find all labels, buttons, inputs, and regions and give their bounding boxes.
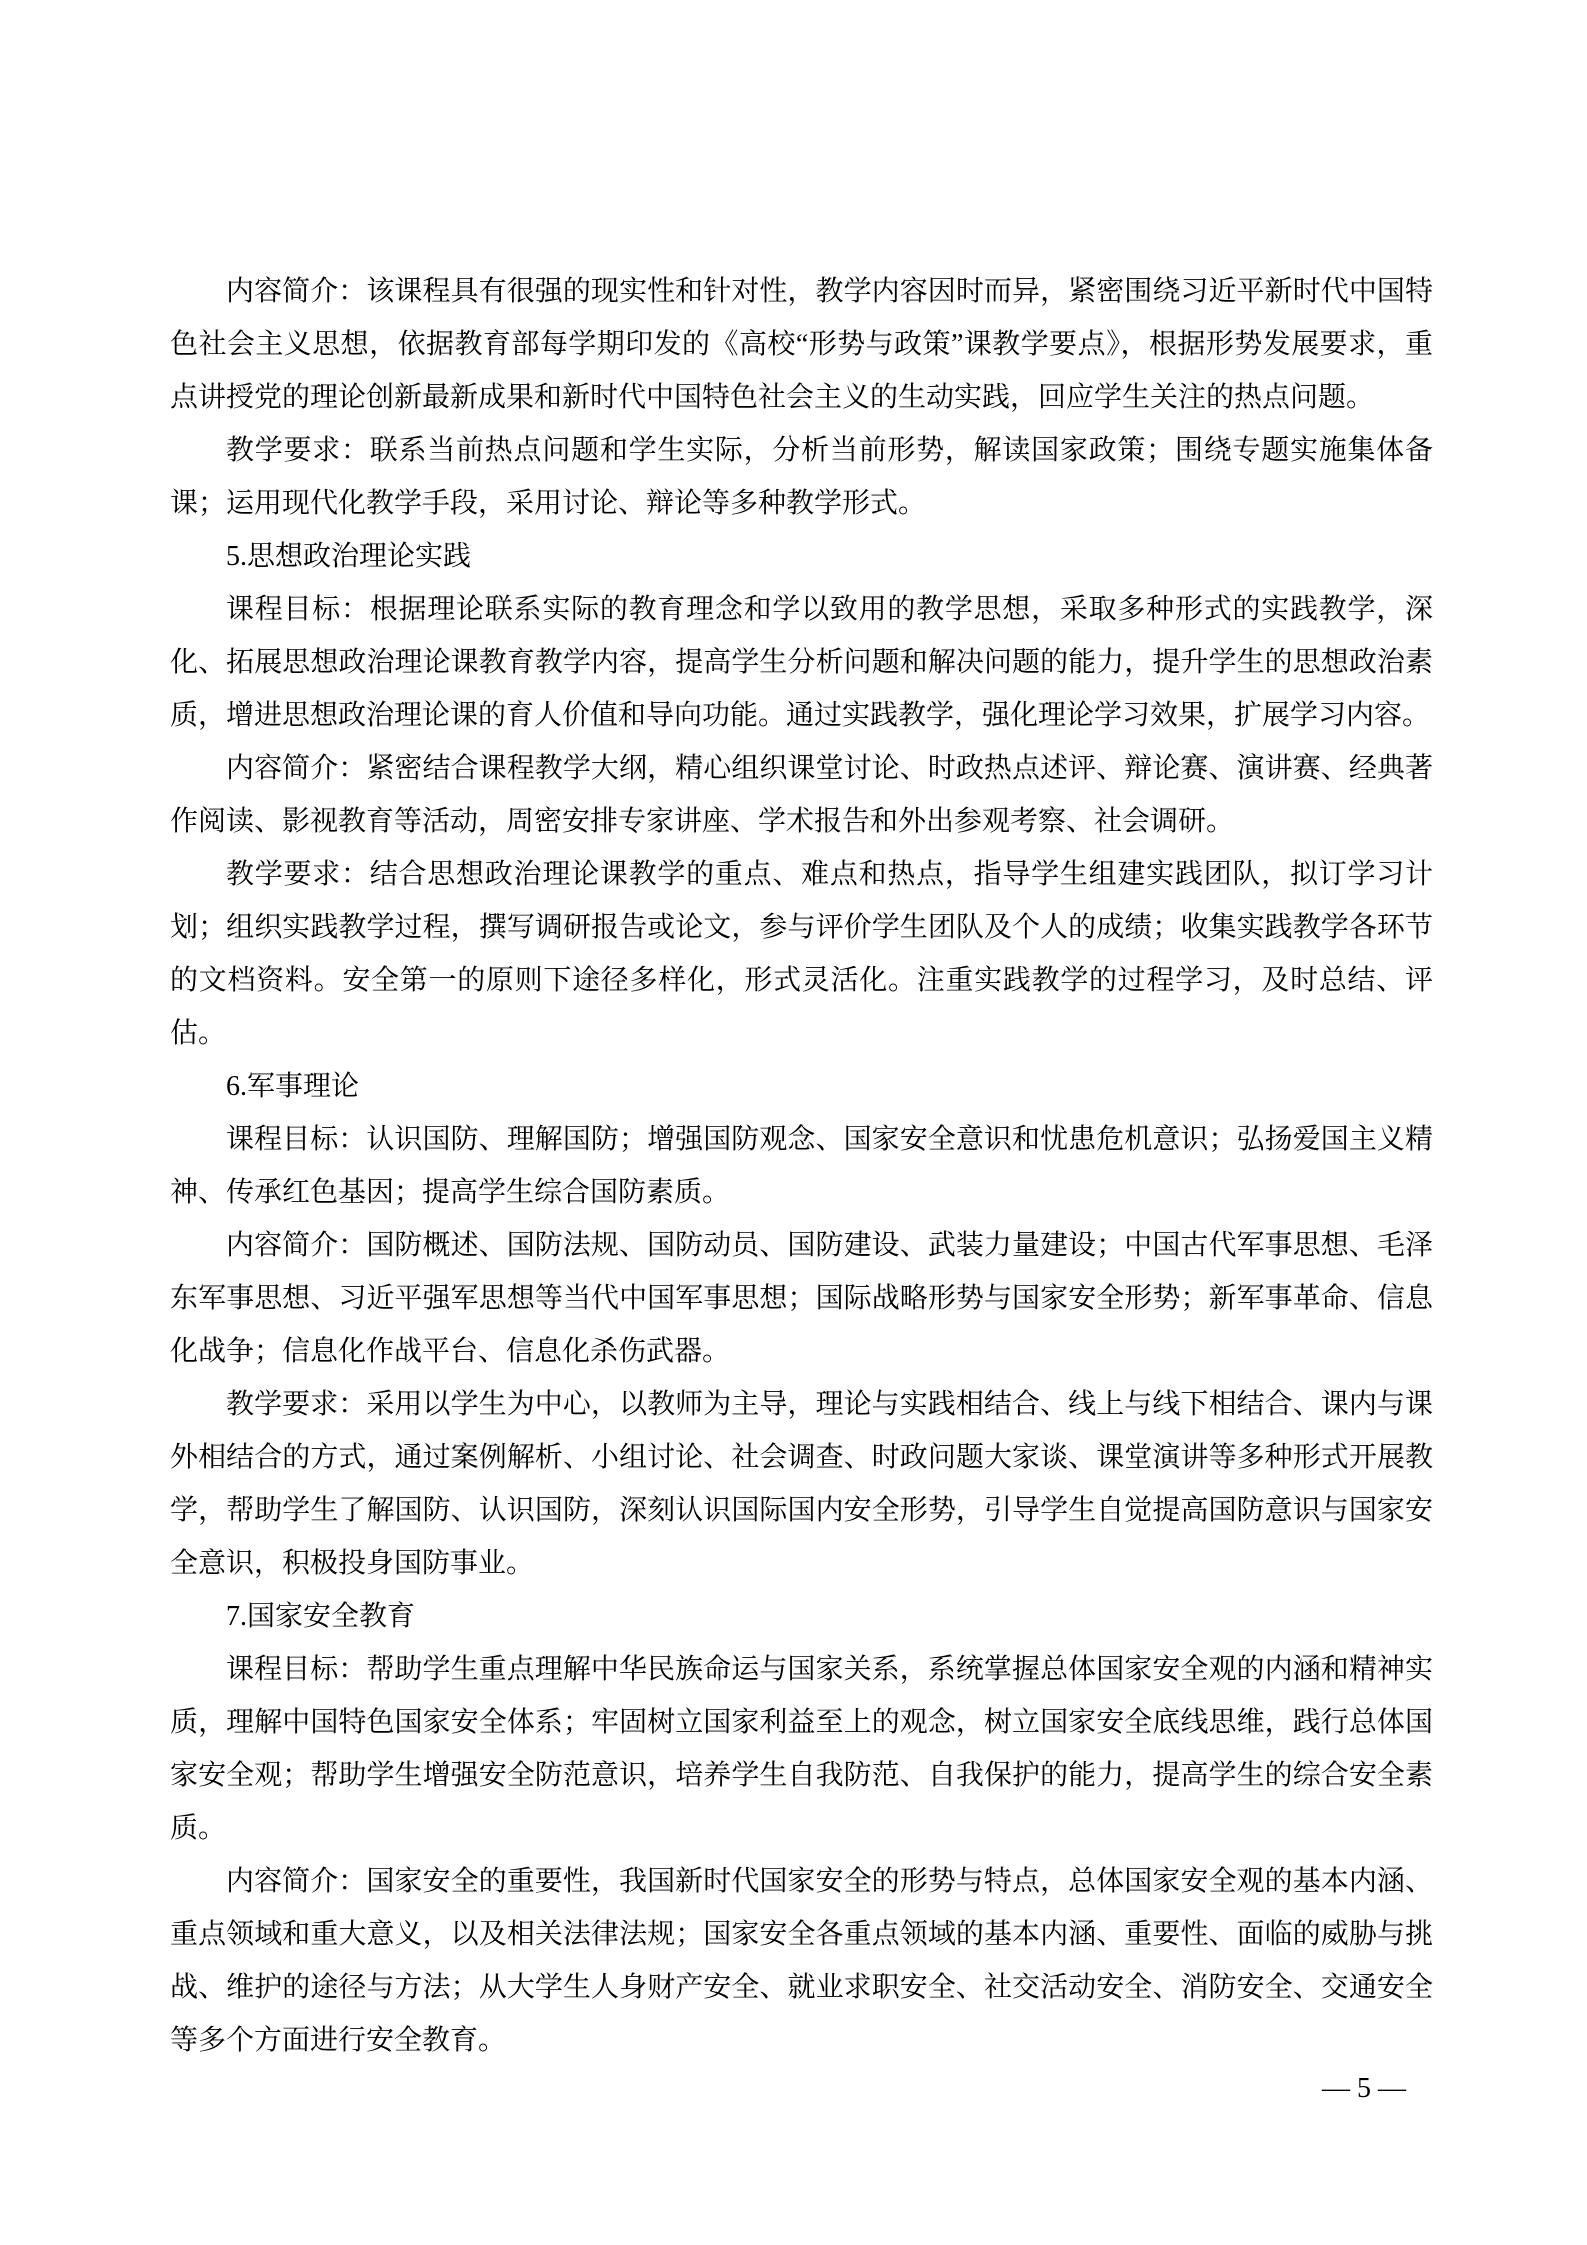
page-number: — 5 — <box>1322 2073 1406 2104</box>
paragraph: 内容简介：紧密结合课程教学大纲，精心组织课堂讨论、时政热点述评、辩论赛、演讲赛、… <box>170 742 1433 848</box>
document-page: 内容简介：该课程具有很强的现实性和针对性，教学内容因时而异，紧密围绕习近平新时代… <box>0 0 1587 2245</box>
section-heading: 5.思想政治理论实践 <box>170 530 1433 583</box>
paragraph: 教学要求：联系当前热点问题和学生实际，分析当前形势，解读国家政策；围绕专题实施集… <box>170 424 1433 530</box>
paragraph: 课程目标：根据理论联系实际的教育理念和学以致用的教学思想，采取多种形式的实践教学… <box>170 583 1433 742</box>
paragraph: 内容简介：该课程具有很强的现实性和针对性，教学内容因时而异，紧密围绕习近平新时代… <box>170 265 1433 424</box>
document-content: 内容简介：该课程具有很强的现实性和针对性，教学内容因时而异，紧密围绕习近平新时代… <box>170 265 1433 2067</box>
paragraph: 教学要求：采用以学生为中心，以教师为主导，理论与实践相结合、线上与线下相结合、课… <box>170 1378 1433 1590</box>
paragraph: 内容简介：国防概述、国防法规、国防动员、国防建设、武装力量建设；中国古代军事思想… <box>170 1219 1433 1378</box>
paragraph: 课程目标：认识国防、理解国防；增强国防观念、国家安全意识和忧患危机意识；弘扬爱国… <box>170 1113 1433 1219</box>
paragraph: 教学要求：结合思想政治理论课教学的重点、难点和热点，指导学生组建实践团队，拟订学… <box>170 848 1433 1060</box>
paragraph: 内容简介：国家安全的重要性，我国新时代国家安全的形势与特点，总体国家安全观的基本… <box>170 1855 1433 2067</box>
page-footer: — 5 — <box>1322 2072 1406 2106</box>
section-heading: 7.国家安全教育 <box>170 1590 1433 1643</box>
paragraph: 课程目标：帮助学生重点理解中华民族命运与国家关系，系统掌握总体国家安全观的内涵和… <box>170 1643 1433 1855</box>
section-heading: 6.军事理论 <box>170 1060 1433 1113</box>
